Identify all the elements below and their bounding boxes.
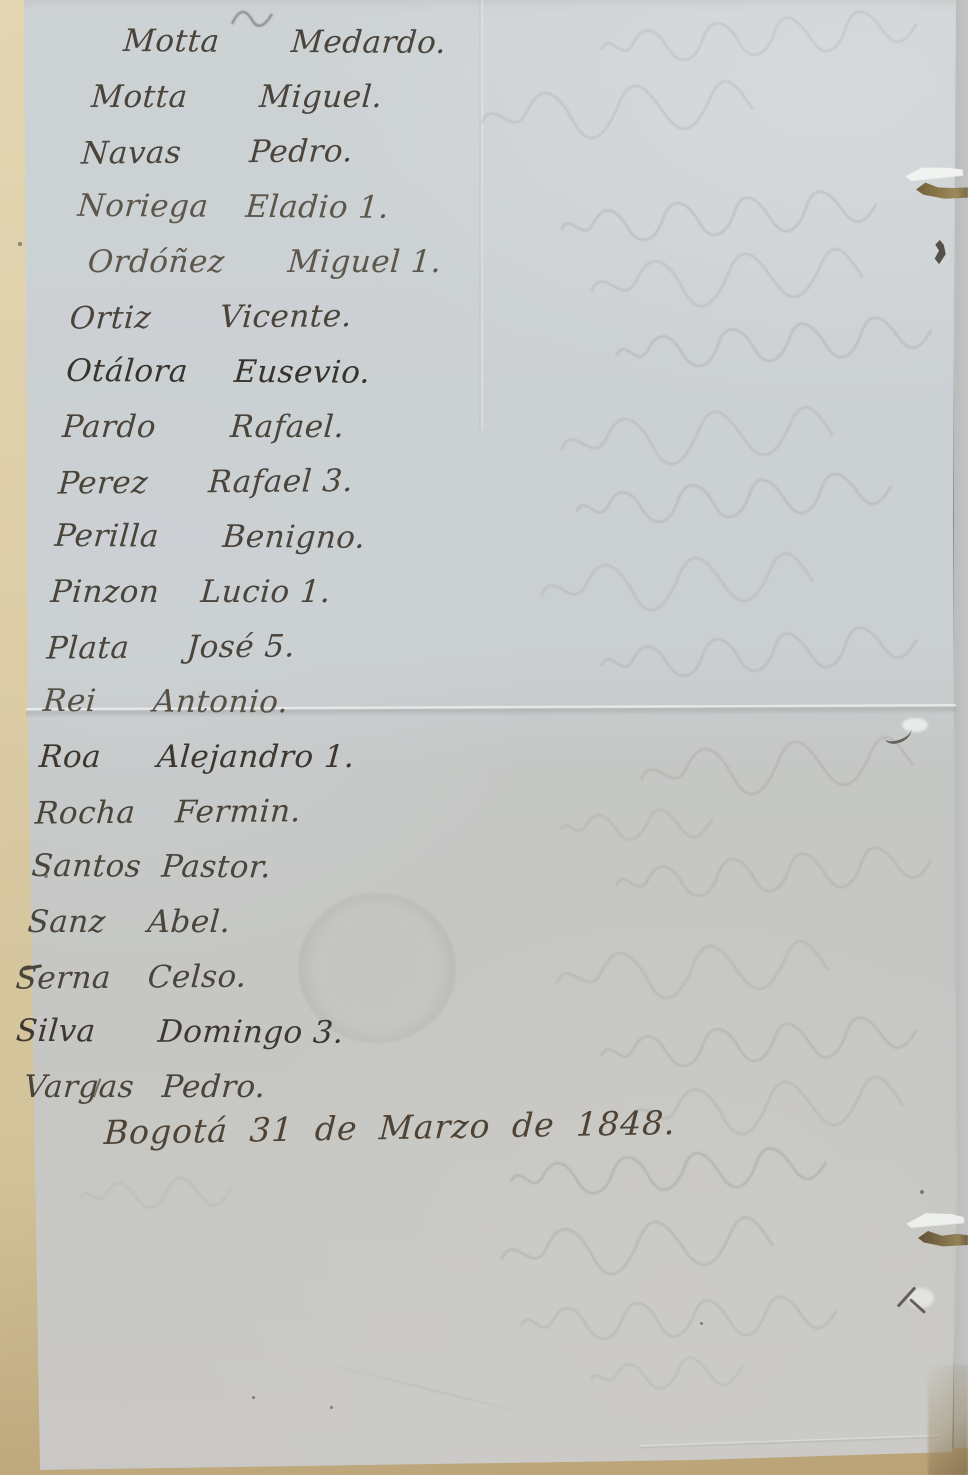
- ink-speck: [18, 242, 22, 246]
- list-item: OrdóñezMiguel 1.: [85, 244, 443, 299]
- list-item: PerillaBenigno.: [52, 518, 424, 575]
- list-item: PerezRafael 3.: [56, 462, 427, 520]
- list-item: PlataJosé 5.: [44, 627, 415, 685]
- list-item: NoriegaEladio 1.: [75, 188, 447, 245]
- given-name-text: Eusevio.: [233, 354, 372, 391]
- list-item: SilvaDomingo 3.: [13, 1013, 389, 1070]
- surname-text: Sanz: [26, 904, 149, 940]
- given-name-text: Pedro.: [248, 133, 354, 170]
- given-name-text: Miguel 1.: [287, 244, 443, 280]
- ink-speck: [330, 1406, 333, 1409]
- surname-text: Ortiz: [69, 299, 221, 336]
- given-name-text: Antonio.: [152, 684, 290, 721]
- surname-text: Rocha: [34, 794, 176, 831]
- list-item: MottaMedardo.: [121, 23, 459, 80]
- surname-text: Roa: [38, 739, 159, 775]
- surname-text: Motta: [122, 23, 293, 60]
- given-name-text: Alejandro 1.: [156, 739, 356, 775]
- surname-text: Navas: [80, 134, 250, 171]
- surname-text: Perilla: [53, 518, 224, 555]
- list-item: RoaAlejandro 1.: [37, 739, 409, 794]
- given-name-text: José 5.: [186, 628, 297, 665]
- list-item: OtáloraEusevio.: [63, 353, 435, 410]
- given-name-text: Domingo 3.: [157, 1014, 345, 1051]
- given-name-text: Pastor.: [160, 849, 272, 886]
- given-name-text: Vicente.: [219, 298, 353, 335]
- list-item: PinzonLucio 1.: [48, 574, 420, 629]
- given-name-text: Lucio 1.: [199, 574, 331, 610]
- list-item: ReiAntonio.: [40, 683, 412, 740]
- surname-text: Rei: [42, 683, 155, 720]
- manuscript-scan: MottaMedardo. MottaMiguel. NavasPedro. N…: [0, 0, 968, 1475]
- given-name-text: Rafael 3.: [207, 463, 354, 500]
- ink-speck: [252, 1396, 255, 1399]
- given-name-text: Medardo.: [290, 24, 448, 61]
- list-item: RochaFermin.: [33, 792, 404, 850]
- worn-corner: [928, 1365, 968, 1475]
- given-name-text: Fermin.: [174, 793, 302, 830]
- list-item: PardoRafael.: [60, 409, 432, 464]
- given-name-text: Rafael.: [229, 409, 346, 445]
- surname-text: Vargas: [23, 1069, 164, 1105]
- surname-text: Noriega: [76, 188, 247, 225]
- ink-speck: [920, 1190, 924, 1194]
- given-name-text: Miguel.: [258, 79, 384, 115]
- ink-speck: [700, 1322, 703, 1325]
- surname-text: Motta: [90, 79, 261, 115]
- surname-text: Santos: [30, 848, 163, 885]
- list-item: SanzAbel.: [25, 904, 397, 959]
- list-item: SernaCelso.: [13, 957, 392, 1015]
- given-name-text: Celso.: [147, 959, 248, 996]
- given-name-text: Pedro.: [161, 1069, 267, 1105]
- surname-text: Pinzon: [49, 574, 202, 610]
- surname-text: Silva: [15, 1013, 160, 1050]
- surname-text: Perez: [57, 464, 209, 501]
- surname-text: Otálora: [65, 353, 236, 390]
- name-list: MottaMedardo. MottaMiguel. NavasPedro. N…: [14, 24, 459, 1124]
- ink-speck: [44, 874, 48, 878]
- surname-text: Ordóñez: [87, 244, 290, 280]
- list-item: SantosPastor.: [29, 848, 401, 905]
- fold-crease: [478, 0, 484, 430]
- given-name-text: Eladio 1.: [244, 189, 390, 226]
- list-item: OrtizVicente.: [68, 297, 439, 355]
- list-item: MottaMiguel.: [89, 79, 455, 134]
- surname-text: Plata: [46, 629, 188, 666]
- given-name-text: Abel.: [146, 904, 231, 940]
- surname-text: Pardo: [61, 409, 232, 445]
- list-item: NavasPedro.: [79, 132, 450, 190]
- given-name-text: Benigno.: [221, 519, 366, 556]
